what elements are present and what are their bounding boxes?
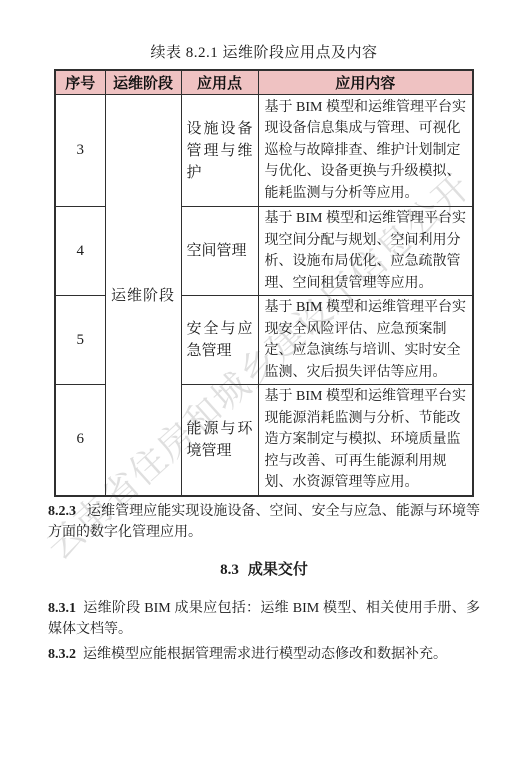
cell-point: 设施设备管理与维护 xyxy=(181,95,258,207)
clause-8-3-2: 8.3.2运维模型应能根据管理需求进行模型动态修改和数据补充。 xyxy=(48,644,480,665)
clause-8-3-2-label: 8.3.2 xyxy=(48,647,76,662)
document-content: 续表 8.2.1 运维阶段应用点及内容 序号 运维阶段 应用点 应用内容 3 xyxy=(0,0,528,665)
section-heading-8-3: 8.3成果交付 xyxy=(48,558,480,579)
header-cell-point: 应用点 xyxy=(181,70,258,95)
cell-no: 4 xyxy=(55,207,105,296)
clause-8-3-1-text: 运维阶段 BIM 成果应包括：运维 BIM 模型、相关使用手册、多媒体文档等。 xyxy=(48,601,480,637)
cell-content: 基于 BIM 模型和运维管理平台实 现设备信息集成与管理、可视化 巡检与故障排查… xyxy=(258,95,473,207)
table-row: 3 运维阶段 设施设备管理与维护 基于 BIM 模型和运维管理平台实 现设备信息… xyxy=(55,95,473,207)
cell-no: 3 xyxy=(55,95,105,207)
header-cell-stage: 运维阶段 xyxy=(105,70,181,95)
clause-8-2-3-label: 8.2.3 xyxy=(48,504,76,519)
cell-point: 安全与应急管理 xyxy=(181,296,258,385)
clause-8-3-1-label: 8.3.1 xyxy=(48,601,76,616)
header-cell-content: 应用内容 xyxy=(258,70,473,95)
cell-stage-merged: 运维阶段 xyxy=(105,95,181,496)
cell-content: 基于 BIM 模型和运维管理平台实 现安全风险评估、应急预案制 定、应急演练与培… xyxy=(258,296,473,385)
section-heading-number: 8.3 xyxy=(220,562,239,578)
cell-content: 基于 BIM 模型和运维管理平台实 现空间分配与规划、空间利用分 析、设施布局优… xyxy=(258,207,473,296)
section-heading-title: 成果交付 xyxy=(248,562,308,578)
clause-8-2-3: 8.2.3运维管理应能实现设施设备、空间、安全与应急、能源与环境等方面的数字化管… xyxy=(48,501,480,543)
cell-content: 基于 BIM 模型和运维管理平台实 现能源消耗监测与分析、节能改 造方案制定与模… xyxy=(258,385,473,496)
clause-8-3-1: 8.3.1运维阶段 BIM 成果应包括：运维 BIM 模型、相关使用手册、多媒体… xyxy=(48,598,480,640)
body-text: 8.2.3运维管理应能实现设施设备、空间、安全与应急、能源与环境等方面的数字化管… xyxy=(48,501,480,665)
cell-point: 能源与环境管理 xyxy=(181,385,258,496)
table-header-row: 序号 运维阶段 应用点 应用内容 xyxy=(55,70,473,95)
cell-no: 5 xyxy=(55,296,105,385)
clause-8-3-2-text: 运维模型应能根据管理需求进行模型动态修改和数据补充。 xyxy=(83,647,447,662)
application-points-table: 序号 运维阶段 应用点 应用内容 3 运维阶段 设施设备管理与维护 基于 BIM… xyxy=(54,69,474,497)
header-cell-no: 序号 xyxy=(55,70,105,95)
cell-point: 空间管理 xyxy=(181,207,258,296)
table-title: 续表 8.2.1 运维阶段应用点及内容 xyxy=(0,0,528,62)
clause-8-2-3-text: 运维管理应能实现设施设备、空间、安全与应急、能源与环境等方面的数字化管理应用。 xyxy=(48,504,480,540)
cell-no: 6 xyxy=(55,385,105,496)
document-page: 云南省住房和城乡建设厅信息公开 续表 8.2.1 运维阶段应用点及内容 序号 运… xyxy=(0,0,528,767)
